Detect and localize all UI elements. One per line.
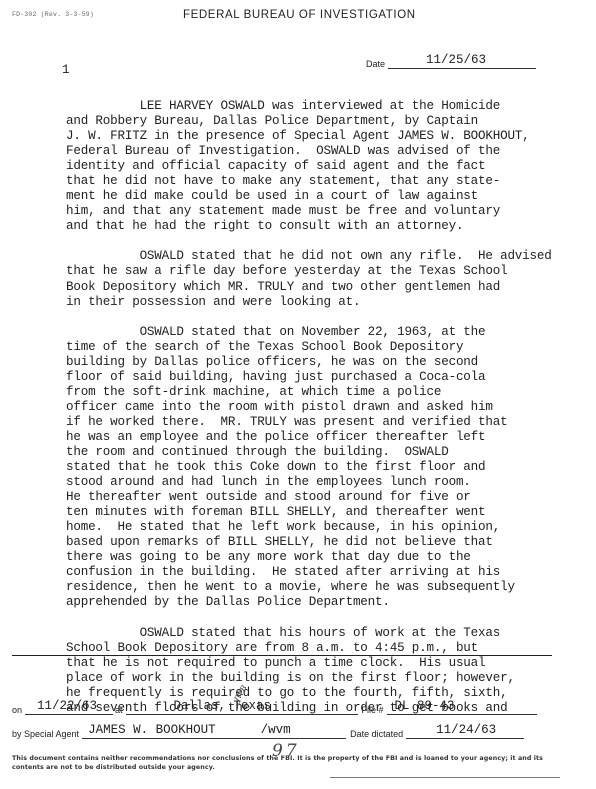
form-number: FD-302 (Rev. 3-3-59) bbox=[12, 11, 94, 18]
text-line: that he is not required to punch a time … bbox=[66, 656, 596, 671]
interview-info-row: on 11/22/63 at Dallas, Texas File # DL 8… bbox=[12, 698, 537, 715]
agent-field: JAMES W. BOOKHOUT /wvm bbox=[82, 722, 346, 739]
text-line: place of work in the building is on the … bbox=[66, 671, 596, 686]
agency-title: FEDERAL BUREAU OF INVESTIGATION bbox=[183, 9, 416, 21]
text-line: OSWALD stated that on November 22, 1963,… bbox=[66, 325, 596, 340]
text-line: if he worked there. MR. TRULY was presen… bbox=[66, 415, 596, 430]
text-line: stood around and had lunch in the employ… bbox=[66, 475, 596, 490]
text-line: that he saw a rifle day before yesterday… bbox=[66, 264, 596, 279]
page-number: 1 bbox=[62, 63, 70, 77]
on-field: 11/22/63 bbox=[25, 698, 113, 715]
agent-info-row: by Special Agent JAMES W. BOOKHOUT /wvm … bbox=[12, 722, 524, 739]
dictated-label: Date dictated bbox=[350, 729, 403, 739]
at-label: at bbox=[115, 705, 123, 715]
text-line: He thereafter went outside and stood aro… bbox=[66, 490, 596, 505]
text-line: based upon remarks of BILL SHELLY, he di… bbox=[66, 535, 596, 550]
paragraph: OSWALD stated that he did not own any ri… bbox=[66, 249, 596, 309]
text-line: officer came into the room with pistol d… bbox=[66, 400, 596, 415]
agent-value: JAMES W. BOOKHOUT /wvm bbox=[88, 723, 291, 737]
file-value: DL 89-43 bbox=[395, 699, 455, 713]
agent-label: by Special Agent bbox=[12, 729, 79, 739]
text-line: J. W. FRITZ in the presence of Special A… bbox=[66, 129, 596, 144]
text-line: home. He stated that he left work becaus… bbox=[66, 520, 596, 535]
text-line: apprehended by the Dallas Police Departm… bbox=[66, 595, 596, 610]
text-line: Book Depository which MR. TRULY and two … bbox=[66, 280, 596, 295]
divider bbox=[12, 655, 552, 656]
paragraph: OSWALD stated that on November 22, 1963,… bbox=[66, 325, 596, 611]
text-line: floor of said building, having just purc… bbox=[66, 370, 596, 385]
dictated-value: 11/24/63 bbox=[436, 723, 496, 737]
dictated-field: 11/24/63 bbox=[406, 722, 524, 739]
text-line: School Book Depository are from 8 a.m. t… bbox=[66, 641, 596, 656]
date-label: Date bbox=[366, 59, 385, 69]
text-line: confusion in the building. He stated aft… bbox=[66, 565, 596, 580]
text-line: the room and continued through the build… bbox=[66, 445, 596, 460]
paragraph: LEE HARVEY OSWALD was interviewed at the… bbox=[66, 99, 596, 234]
on-label: on bbox=[12, 705, 22, 715]
text-line: OSWALD stated that he did not own any ri… bbox=[66, 249, 596, 264]
text-line: he was an employee and the police office… bbox=[66, 430, 596, 445]
file-label: File # bbox=[362, 705, 384, 715]
text-line: him, and that any statement made must be… bbox=[66, 204, 596, 219]
text-line: time of the search of the Texas School B… bbox=[66, 340, 596, 355]
text-line: and that he had the right to consult wit… bbox=[66, 219, 596, 234]
document-body: LEE HARVEY OSWALD was interviewed at the… bbox=[66, 99, 596, 731]
text-line: identity and official capacity of said a… bbox=[66, 159, 596, 174]
on-value: 11/22/63 bbox=[37, 699, 97, 713]
at-value: Dallas, Texas bbox=[174, 699, 272, 713]
file-field: DL 89-43 bbox=[387, 698, 537, 715]
text-line: OSWALD stated that his hours of work at … bbox=[66, 626, 596, 641]
bottom-rule bbox=[330, 777, 560, 778]
text-line: Federal Bureau of Investigation. OSWALD … bbox=[66, 144, 596, 159]
text-line: from the soft-drink machine, at which ti… bbox=[66, 385, 596, 400]
text-line: building by Dallas police officers, he w… bbox=[66, 355, 596, 370]
text-line: there was going to be any more work that… bbox=[66, 550, 596, 565]
text-line: in their possession and were looking at. bbox=[66, 295, 596, 310]
text-line: LEE HARVEY OSWALD was interviewed at the… bbox=[66, 99, 596, 114]
date-field: 11/25/63 bbox=[388, 52, 536, 69]
date-row: Date 11/25/63 bbox=[366, 52, 536, 69]
text-line: residence, then he went to a movie, wher… bbox=[66, 580, 596, 595]
text-line: stated that he took this Coke down to th… bbox=[66, 460, 596, 475]
disclaimer: This document contains neither recommend… bbox=[12, 755, 572, 772]
text-line: that he did not have to make any stateme… bbox=[66, 174, 596, 189]
text-line: ten minutes with foreman BILL SHELLY, an… bbox=[66, 505, 596, 520]
date-value: 11/25/63 bbox=[426, 53, 486, 67]
text-line: and Robbery Bureau, Dallas Police Depart… bbox=[66, 114, 596, 129]
text-line: ment he did make could be used in a cour… bbox=[66, 189, 596, 204]
